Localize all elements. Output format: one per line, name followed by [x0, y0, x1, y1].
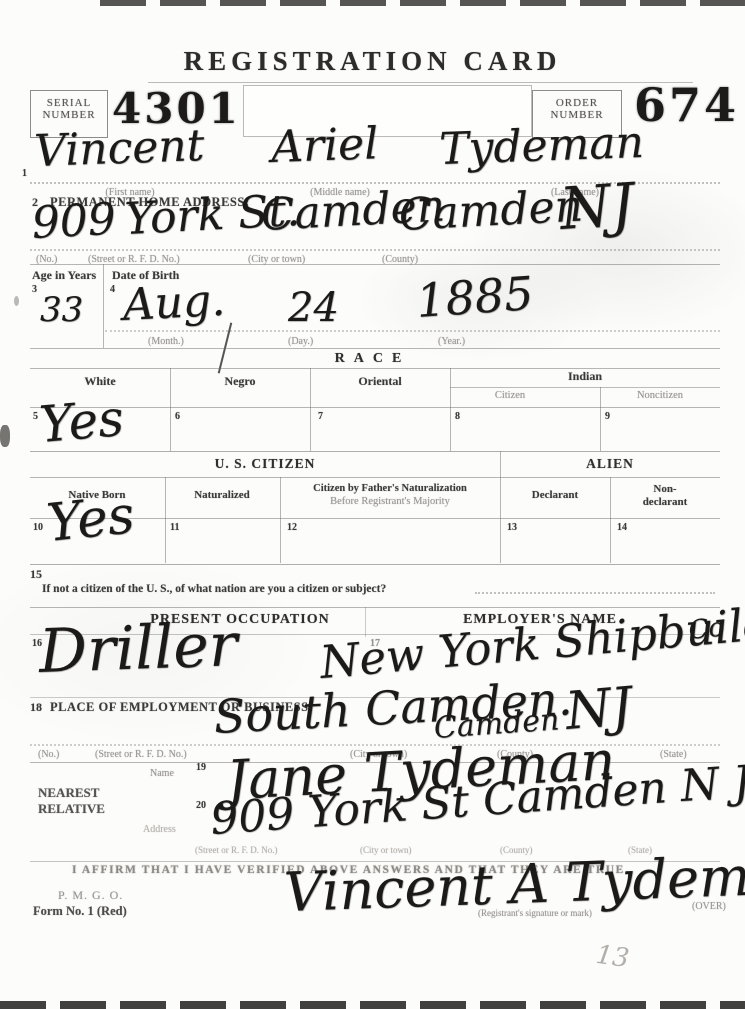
- birth-day-handwriting: 24: [288, 288, 339, 328]
- scan-artifact-left-dot: [14, 296, 19, 306]
- race-white-yes-handwriting: Yes: [38, 393, 126, 450]
- citizen-subheader-top-line: [30, 477, 720, 478]
- birth-year-label: (Year.): [438, 336, 465, 347]
- item-19-number: 19: [196, 762, 206, 773]
- middle-name-handwriting: Ariel: [270, 122, 378, 170]
- address-no-handwriting: 909: [31, 198, 117, 246]
- declarant-header: Declarant: [505, 489, 605, 501]
- relative-city-label: (City or town): [360, 845, 412, 855]
- nearest-relative-label-line2: RELATIVE: [38, 801, 105, 817]
- citizen-bottom-line: [30, 564, 720, 565]
- item-20-number: 20: [196, 800, 206, 811]
- address-underline: [30, 249, 720, 251]
- item-15-number: 15: [30, 567, 42, 582]
- race-divider-2: [310, 368, 311, 451]
- over-label: (OVER): [692, 901, 726, 912]
- nondeclarant-header-line1: Non-: [620, 483, 710, 495]
- birth-month-label: (Month.): [148, 336, 184, 347]
- item-15-question: If not a citizen of the U. S., of what n…: [42, 583, 386, 595]
- age-label: Age in Years: [32, 268, 96, 283]
- race-indian-header: Indian: [545, 369, 625, 384]
- age-column-divider: [103, 264, 104, 348]
- employer-co-handwriting: Co: [687, 614, 725, 644]
- relative-address-label: Address: [143, 824, 176, 835]
- item-4-number: 4: [110, 284, 115, 295]
- race-bottom-line: [30, 451, 720, 452]
- title-underline: [148, 82, 693, 83]
- serial-number-label-line2: NUMBER: [31, 109, 107, 121]
- naturalized-header: Naturalized: [172, 489, 272, 501]
- card-title: REGISTRATION CARD: [0, 46, 745, 77]
- race-white-header: White: [60, 374, 140, 389]
- order-number-label-line1: ORDER: [533, 97, 621, 109]
- first-name-handwriting: Vincent: [33, 124, 205, 174]
- occupation-handwriting: Driller: [38, 615, 239, 682]
- last-name-handwriting: Tydeman: [438, 121, 644, 172]
- citizen-cell-14-number: 14: [617, 522, 627, 533]
- race-indian-noncitizen-header: Noncitizen: [615, 390, 705, 401]
- nearest-relative-label-line1: NEAREST: [38, 785, 99, 801]
- pencil-note: 13: [594, 940, 631, 974]
- order-number-value: 674: [634, 82, 739, 128]
- address-state-handwriting: NJ: [558, 175, 636, 238]
- item-15-answer-line: [475, 592, 715, 594]
- race-divider-3: [450, 368, 451, 451]
- us-citizen-header: U. S. CITIZEN: [120, 456, 410, 472]
- indian-subheader-line: [450, 387, 720, 388]
- race-cells-top-line: [30, 407, 720, 408]
- father-naturalization-header-line2: Before Registrant's Majority: [285, 496, 495, 507]
- race-indian-citizen-header: Citizen: [470, 390, 550, 401]
- race-top-line: [30, 348, 720, 349]
- scan-artifact-bottom-bar: [0, 1001, 745, 1009]
- citizen-cell-13-number: 13: [507, 522, 517, 533]
- father-naturalization-header-line1: Citizen by Father's Naturalization: [285, 483, 495, 494]
- item-3-number: 3: [32, 284, 37, 295]
- birth-year-handwriting: 1885: [415, 270, 535, 324]
- citizen-divider-1: [165, 477, 166, 563]
- race-cell-5-number: 5: [33, 411, 38, 422]
- race-cell-7-number: 7: [318, 411, 323, 422]
- race-cell-9-number: 9: [605, 411, 610, 422]
- place-state-label: (State): [660, 749, 687, 760]
- serial-number-label-line1: SERIAL: [31, 97, 107, 109]
- scan-artifact-left-mark: [0, 425, 10, 447]
- age-value-handwriting: 33: [40, 293, 83, 327]
- race-divider-4: [600, 387, 601, 451]
- race-divider-1: [170, 368, 171, 451]
- occupation-top-line: [30, 607, 720, 608]
- native-born-yes-handwriting: Yes: [45, 489, 137, 550]
- nondeclarant-header-line2: declarant: [620, 496, 710, 508]
- race-header: RACE: [0, 351, 745, 367]
- form-number-text: Form No. 1 (Red): [33, 904, 127, 919]
- item-18-number: 18: [30, 700, 42, 715]
- citizen-cell-12-number: 12: [287, 522, 297, 533]
- race-cell-6-number: 6: [175, 411, 180, 422]
- alien-divider: [610, 477, 611, 563]
- citizen-cell-10-number: 10: [33, 522, 43, 533]
- scan-artifact-top-bar: [100, 0, 745, 6]
- citizen-alien-divider: [500, 451, 501, 563]
- citizen-divider-2: [280, 477, 281, 563]
- race-cell-8-number: 8: [455, 411, 460, 422]
- age-row-top-line: [30, 264, 720, 265]
- race-negro-header: Negro: [200, 374, 280, 389]
- address-county-handwriting: Camden: [398, 184, 584, 238]
- signature-caption-label: (Registrant's signature or mark): [478, 908, 592, 918]
- registration-card-scan: REGISTRATION CARD SERIAL NUMBER 4301 ORD…: [0, 0, 745, 1009]
- birth-day-label: (Day.): [288, 336, 313, 347]
- pmgo-text: P. M. G. O.: [58, 888, 123, 903]
- place-street-label: (Street or R. F. D. No.): [95, 749, 187, 760]
- place-no-label: (No.): [38, 749, 59, 760]
- relative-name-label: Name: [150, 768, 174, 779]
- alien-header: ALIEN: [540, 456, 680, 472]
- birth-underline: [105, 330, 720, 332]
- relative-street-label: (Street or R. F. D. No.): [195, 845, 278, 855]
- citizen-cell-11-number: 11: [170, 522, 179, 533]
- item-1-number: 1: [22, 168, 27, 179]
- birth-month-handwriting: Aug.: [122, 279, 226, 328]
- race-oriental-header: Oriental: [340, 374, 420, 389]
